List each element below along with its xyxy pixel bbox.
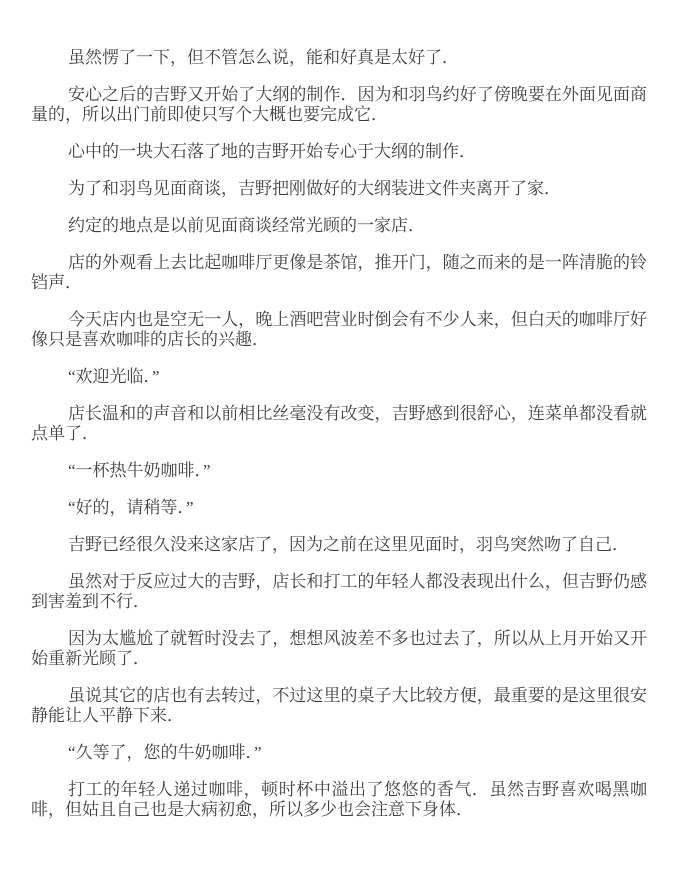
paragraph: 店的外观看上去比起咖啡厅更像是茶馆，推开门，随之而来的是一阵清脆的铃铛声． (31, 253, 647, 293)
paragraph: 虽然对于反应过大的吉野，店长和打工的年轻人都没表现出什么，但吉野仍感到害羞到不行… (31, 572, 647, 612)
paragraph: “一杯热牛奶咖啡．” (31, 461, 647, 481)
paragraph: 因为太尴尬了就暂时没去了，想想风波差不多也过去了，所以从上月开始又开始重新光顾了… (31, 629, 647, 669)
paragraph-list: 虽然愣了一下，但不管怎么说，能和好真是太好了．安心之后的吉野又开始了大纲的制作．… (31, 48, 647, 820)
paragraph: 虽然愣了一下，但不管怎么说，能和好真是太好了． (31, 48, 647, 68)
document-page: 虽然愣了一下，但不管怎么说，能和好真是太好了．安心之后的吉野又开始了大纲的制作．… (0, 0, 680, 880)
paragraph: 约定的地点是以前见面商谈经常光顾的一家店． (31, 216, 647, 236)
paragraph: 店长温和的声音和以前相比丝毫没有改变，吉野感到很舒心，连菜单都没看就点单了． (31, 404, 647, 444)
paragraph: “好的，请稍等．” (31, 498, 647, 518)
paragraph: “久等了，您的牛奶咖啡．” (31, 743, 647, 763)
paragraph: 心中的一块大石落了地的吉野开始专心于大纲的制作． (31, 142, 647, 162)
paragraph: 打工的年轻人递过咖啡，顿时杯中溢出了悠悠的香气．虽然吉野喜欢喝黑咖啡，但姑且自己… (31, 780, 647, 820)
paragraph: 虽说其它的店也有去转过，不过这里的桌子大比较方便，最重要的是这里很安静能让人平静… (31, 686, 647, 726)
paragraph: 安心之后的吉野又开始了大纲的制作．因为和羽鸟约好了傍晚要在外面见面商量的，所以出… (31, 85, 647, 125)
paragraph: 为了和羽鸟见面商谈，吉野把刚做好的大纲装进文件夹离开了家． (31, 179, 647, 199)
paragraph: “欢迎光临．” (31, 367, 647, 387)
paragraph: 吉野已经很久没来这家店了，因为之前在这里见面时，羽鸟突然吻了自己． (31, 535, 647, 555)
paragraph: 今天店内也是空无一人，晚上酒吧营业时倒会有不少人来，但白天的咖啡厅好像只是喜欢咖… (31, 310, 647, 350)
